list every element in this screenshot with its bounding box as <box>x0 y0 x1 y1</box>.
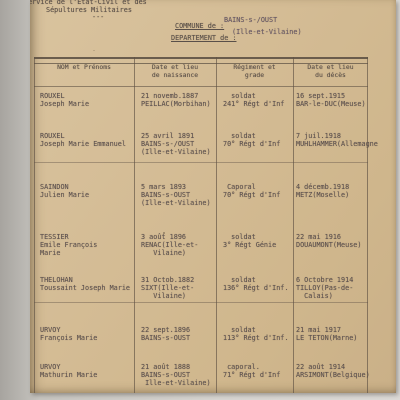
cell-birth: 3 août 1896 RENAC(Ille-et- Vilaine) <box>134 233 216 257</box>
header-deces: Date et lieu du décès <box>293 63 368 79</box>
cell-regiment: soldat 241° Régt d'Inf <box>216 92 293 108</box>
cell-regiment: soldat 113° Régt d'Inf. <box>216 326 293 342</box>
header-regiment: Régiment et grade <box>216 63 293 79</box>
header-nom: NOM et Prénoms <box>34 63 134 71</box>
commune-value: BAINS-s-/OUST <box>224 16 277 24</box>
cell-regiment: Caporal 70° Régt d'Inf <box>216 183 293 207</box>
cell-name: ROUXEL Joseph Marie Emmanuel <box>34 132 134 156</box>
cell-regiment: caporal. 71° Régt d'Inf <box>216 363 293 387</box>
cell-name: TESSIER Emile François Marie <box>34 233 134 257</box>
paper-sheet: Service de l'Etat-Civil et des Sépulture… <box>30 0 396 393</box>
departement-label: DEPARTEMENT de : <box>171 34 236 42</box>
table-row: ROUXEL Joseph Marie 21 novemb.1887 PEILL… <box>34 92 368 108</box>
cell-birth: 5 mars 1893 BAINS-s-OUST (Ille-et-Vilain… <box>134 183 216 207</box>
cell-birth: 31 Octob.1882 SIXT(Ille-et- Vilaine) <box>134 276 216 300</box>
cell-name: THELOHAN Toussaint Joseph Marie <box>34 276 134 300</box>
cell-regiment: soldat 70° Régt d'Inf <box>216 132 293 156</box>
header-underline <box>34 86 368 87</box>
departement-value: (Ille-et-Vilaine) <box>232 28 302 36</box>
commune-label: COMMUNE de : <box>175 22 224 30</box>
table-row: THELOHAN Toussaint Joseph Marie 31 Octob… <box>34 276 368 300</box>
org-name-line2: Sépultures Militaires <box>46 6 132 14</box>
cell-regiment: soldat 136° Régt d'Inf. <box>216 276 293 300</box>
scanned-document: Service de l'Etat-Civil et des Sépulture… <box>0 0 400 400</box>
cell-birth: 22 sept.1896 BAINS-s-OUST <box>134 326 216 342</box>
table-row: SAINDON Julien Marie 5 mars 1893 BAINS-s… <box>34 183 368 207</box>
cell-name: URVOY François Marie <box>34 326 134 342</box>
paper-speck <box>93 50 95 51</box>
cell-death: 7 juil.1918 MUHLHAMMER(Allemagne <box>293 132 368 156</box>
cell-name: SAINDON Julien Marie <box>34 183 134 207</box>
register-table: NOM et Prénoms Date et lieu de naissance… <box>34 57 368 393</box>
table-row: URVOY François Marie 22 sept.1896 BAINS-… <box>34 326 368 342</box>
table-row: URVOY Mathurin Marie 21 août 1888 BAINS-… <box>34 363 368 387</box>
cell-name: ROUXEL Joseph Marie <box>34 92 134 108</box>
cell-death: 16 sept.1915 BAR-le-DUC(Meuse) <box>293 92 368 108</box>
cell-death: 22 août 1914 ARSIMONT(Belgique) <box>293 363 368 387</box>
cell-death: 21 mai 1917 LE TETON(Marne) <box>293 326 368 342</box>
paper-speck <box>163 232 165 234</box>
cell-regiment: soldat 3° Régt Génie <box>216 233 293 257</box>
cell-birth: 21 novemb.1887 PEILLAC(Morbihan) <box>134 92 216 108</box>
table-row: TESSIER Emile François Marie 3 août 1896… <box>34 233 368 257</box>
cell-death: 22 mai 1916 DOUAUMONT(Meuse) <box>293 233 368 257</box>
header-naissance: Date et lieu de naissance <box>134 63 216 79</box>
cell-birth: 21 août 1888 BAINS-s-OUST Ille-et-Vilain… <box>134 363 216 387</box>
row-separator-2 <box>34 302 368 303</box>
cell-death: 4 décemb.1918 METZ(Moselle) <box>293 183 368 207</box>
table-row: ROUXEL Joseph Marie Emmanuel 25 avril 18… <box>34 132 368 156</box>
row-separator-1 <box>34 162 368 163</box>
cell-name: URVOY Mathurin Marie <box>34 363 134 387</box>
cell-death: 6 Octobre 1914 TILLOY(Pas-de- Calais) <box>293 276 368 300</box>
cell-birth: 25 avril 1891 BAINS-s-/OUST (Ille-et-Vil… <box>134 132 216 156</box>
org-rule: --- <box>92 13 104 21</box>
